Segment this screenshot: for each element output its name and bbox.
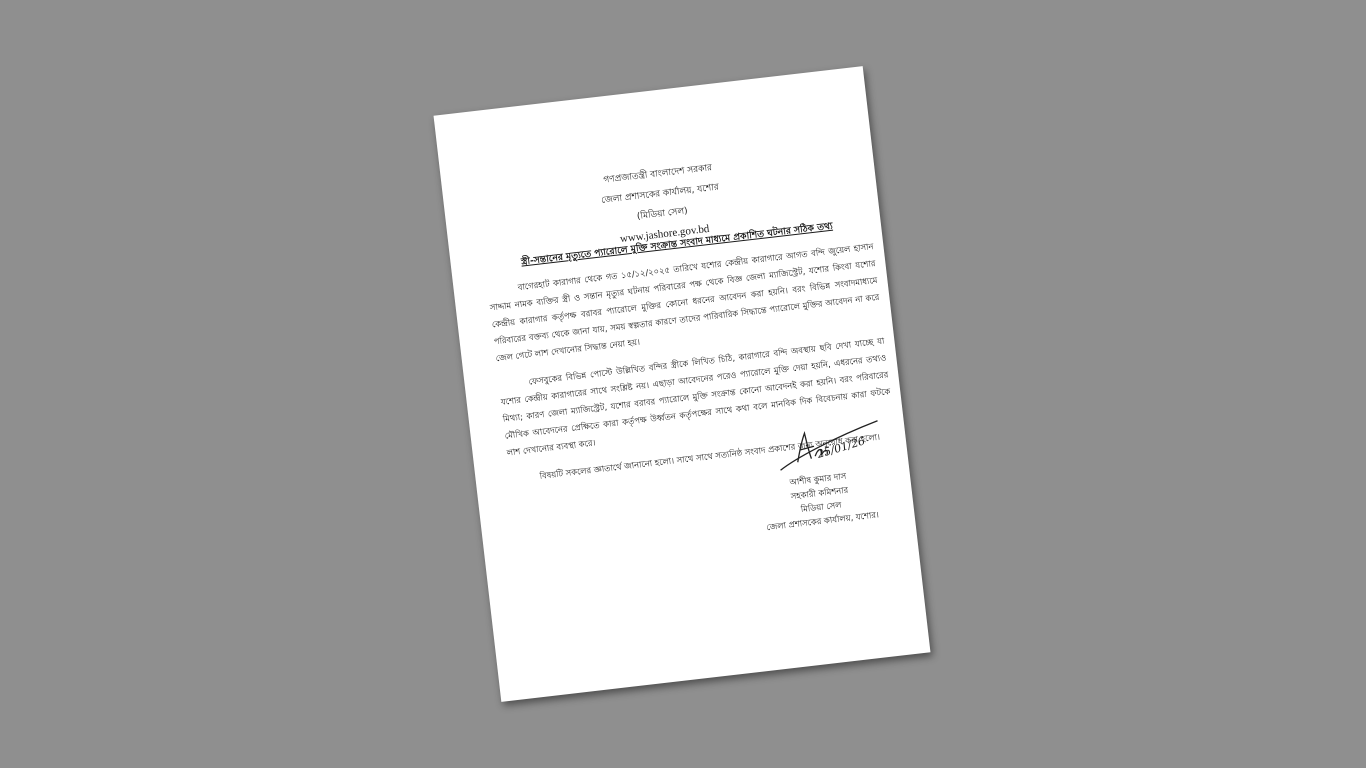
document-page: গণপ্রজাতন্ত্রী বাংলাদেশ সরকার জেলা প্রশা…: [434, 66, 931, 702]
signatory-block: আশীষ কুমার দাস সহকারী কমিশনার মিডিয়া সে…: [743, 463, 898, 536]
